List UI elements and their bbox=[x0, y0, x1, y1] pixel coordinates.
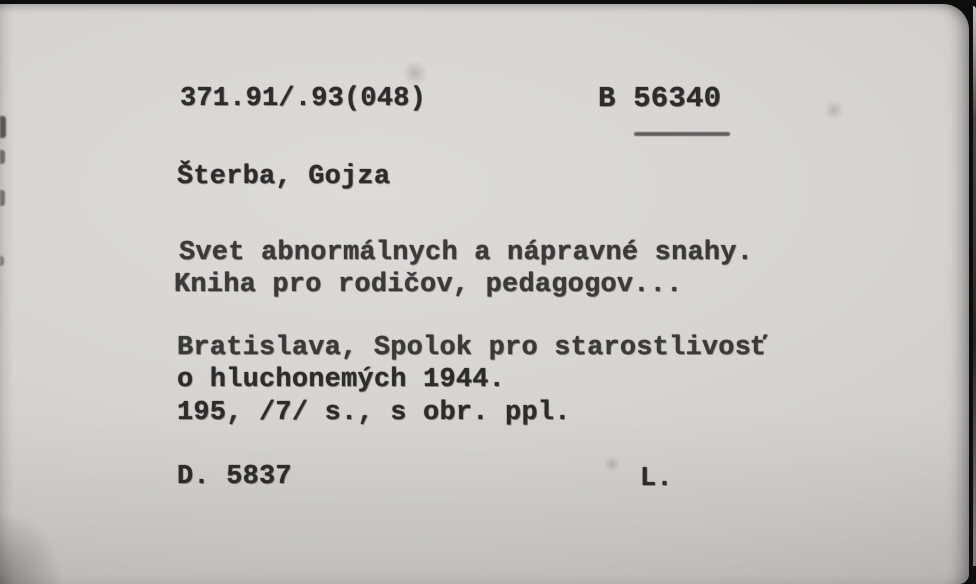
shelf-mark: B 56340 bbox=[598, 84, 721, 113]
author-heading: Šterba, Gojza bbox=[177, 164, 390, 191]
shelf-mark-underline bbox=[634, 132, 730, 136]
imprint-line-1: Bratislava, Spolok pro starostlivosť bbox=[177, 335, 768, 362]
title-line-1: Svet abnormálnych a nápravné snahy. bbox=[179, 240, 753, 267]
collation-line: 195, /7/ s., s obr. ppl. bbox=[177, 400, 571, 427]
scanned-catalog-card: 371.91/.93(048) B 56340 Šterba, Gojza Sv… bbox=[0, 0, 976, 584]
paper-smudge bbox=[402, 60, 428, 86]
accession-number: D. 5837 bbox=[177, 464, 292, 491]
catalog-card: 371.91/.93(048) B 56340 Šterba, Gojza Sv… bbox=[0, 4, 969, 584]
scan-edge-artifact bbox=[0, 190, 5, 206]
title-line-2: Kniha pro rodičov, pedagogov... bbox=[174, 272, 682, 299]
paper-smudge bbox=[824, 100, 844, 120]
cataloguer-mark: L. bbox=[640, 466, 673, 493]
scan-edge-artifact bbox=[0, 256, 4, 266]
classification-number: 371.91/.93(048) bbox=[180, 86, 426, 113]
corner-shadow bbox=[0, 514, 60, 584]
paper-smudge bbox=[604, 456, 620, 472]
scan-edge-artifact bbox=[0, 116, 6, 138]
imprint-line-2: o hluchonemých 1944. bbox=[177, 367, 505, 394]
scan-edge-artifact bbox=[0, 150, 5, 164]
